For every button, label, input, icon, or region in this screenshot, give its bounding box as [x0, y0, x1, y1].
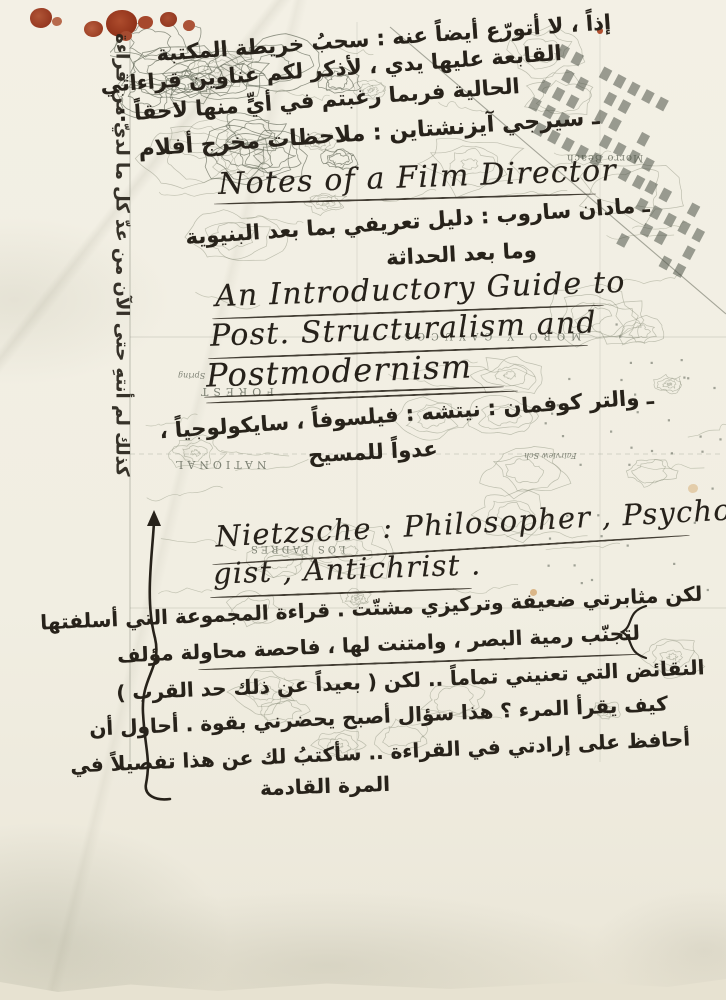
closing-line-6: المرة القادمة — [260, 772, 391, 801]
margin-note-vertical: كذلك لم أنتهِ حتى الآن من عدّ كل ما لديّ… — [112, 117, 133, 477]
scanned-letter-page: Morro Beach MORO Y CAYUCOS FOREST NATION… — [0, 0, 726, 1000]
paragraph-brace — [606, 602, 652, 662]
margin-brace-arrow — [128, 508, 188, 808]
map-label-fairview-sch: Fairview Sch — [524, 451, 576, 460]
map-label-national: NATIONAL — [172, 458, 267, 471]
map-label-spring: Spring — [178, 371, 205, 380]
